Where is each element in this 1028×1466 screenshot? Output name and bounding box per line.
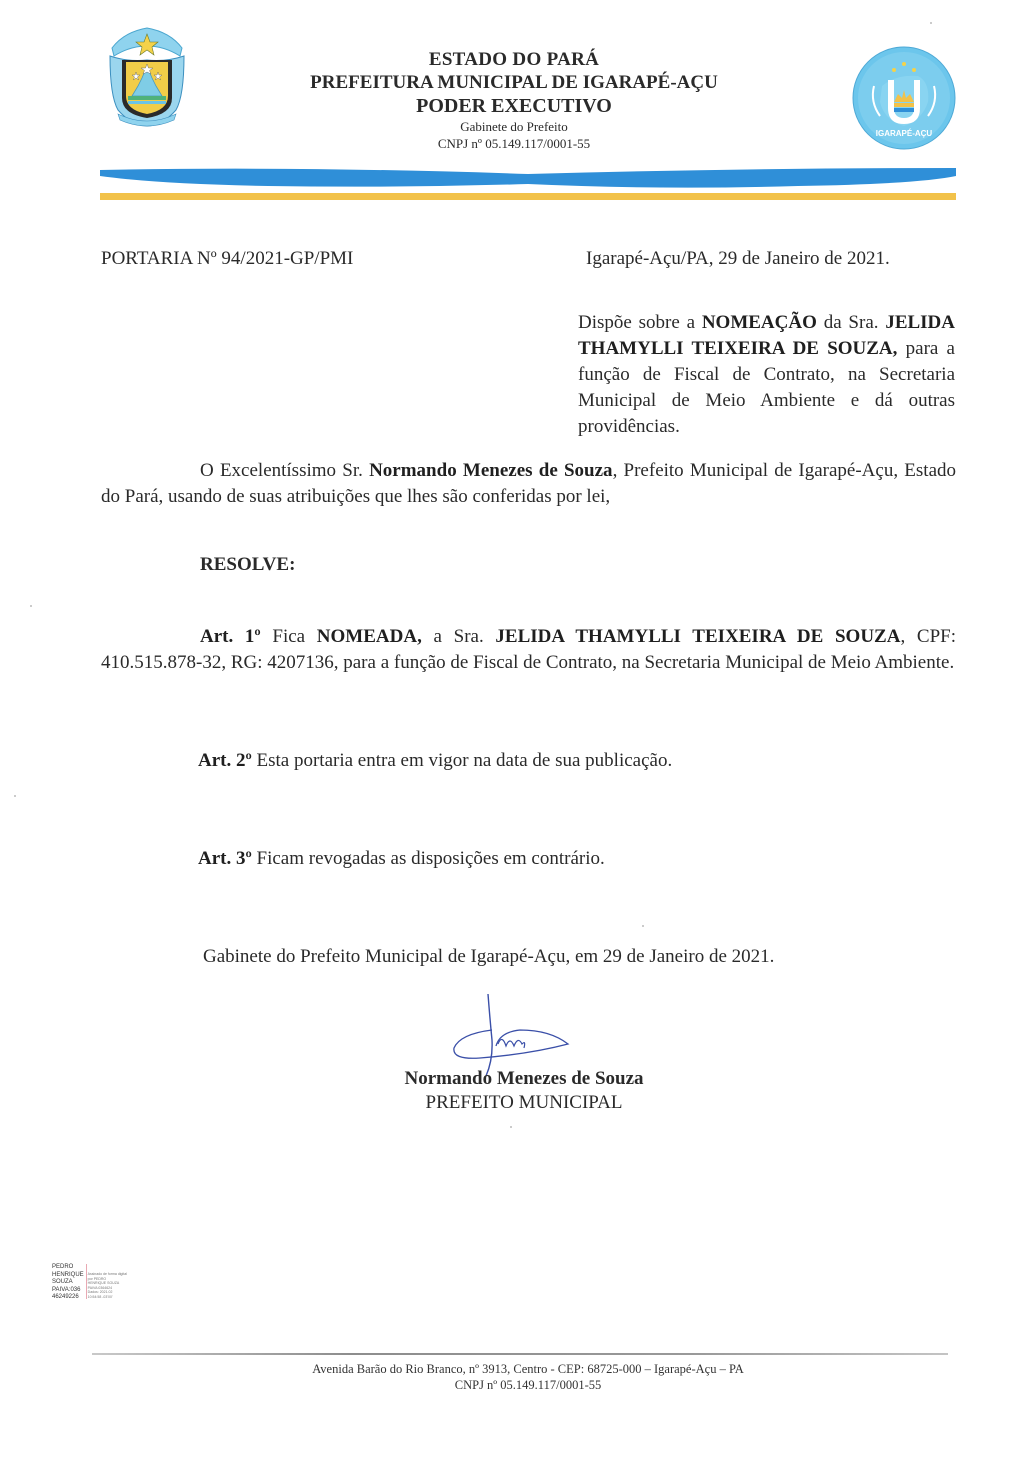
article-2: Art. 2º Esta portaria entra em vigor na … (198, 748, 672, 774)
stamp-line: HENRIQUE (52, 1272, 84, 1280)
footer-cnpj: CNPJ nº 05.149.117/0001-55 (0, 1378, 1028, 1393)
footer-cnpj-text: CNPJ nº 05.149.117/0001-55 (455, 1378, 601, 1392)
scan-speck (642, 925, 644, 927)
place-date: Igarapé-Açu/PA, 29 de Janeiro de 2021. (586, 246, 890, 272)
footer-address-text: Avenida Barão do Rio Branco, nº 3913, Ce… (312, 1362, 744, 1376)
article-text: Esta portaria entra em vigor na data de … (252, 750, 672, 771)
article-bold: NOMEADA, (317, 626, 422, 647)
stamp-note: 10:54:58 -03'00' (88, 1295, 127, 1300)
portaria-number: PORTARIA Nº 94/2021-GP/PMI (101, 246, 353, 272)
handwritten-signature (440, 990, 580, 1080)
stamp-note: Assinado de forma digital (88, 1272, 127, 1277)
ementa-bold: NOMEAÇÃO (702, 312, 817, 333)
ementa-text: da Sra. (817, 312, 885, 333)
digital-signature-stamp: PEDRO HENRIQUE SOUZA PAIVA:036 46249226 … (52, 1264, 127, 1302)
stamp-line: PAIVA:036 (52, 1287, 84, 1295)
signer-name-text: Normando Menezes de Souza (404, 1068, 643, 1089)
header-office: Gabinete do Prefeito (0, 119, 1028, 135)
stamp-notes: Assinado de forma digital por PEDRO HENR… (86, 1264, 127, 1299)
header-state: ESTADO DO PARÁ (0, 49, 1028, 71)
footer-divider (92, 1353, 948, 1355)
stamp-line: 46249226 (52, 1294, 84, 1302)
header-color-band (98, 164, 958, 204)
preamble: O Excelentíssimo Sr. Normando Menezes de… (101, 458, 956, 510)
article-1: Art. 1º Fica NOMEADA, a Sra. JELIDA THAM… (101, 624, 956, 676)
scan-speck (510, 1126, 512, 1128)
article-label: Art. 2º (198, 750, 252, 771)
signer-name: Normando Menezes de Souza (0, 1068, 1028, 1090)
article-text: a Sra. (422, 626, 496, 647)
article-label: Art. 1º (200, 626, 261, 647)
footer-address: Avenida Barão do Rio Branco, nº 3913, Ce… (0, 1362, 1028, 1377)
ementa-text: Dispõe sobre a (578, 312, 702, 333)
article-text: Fica (261, 626, 317, 647)
signer-role: PREFEITO MUNICIPAL (0, 1092, 1028, 1114)
stamp-line: PEDRO (52, 1264, 84, 1272)
article-label: Art. 3º (198, 848, 252, 869)
closing-line: Gabinete do Prefeito Municipal de Igarap… (203, 944, 774, 970)
scan-speck (930, 22, 932, 24)
nominee-name: JELIDA THAMYLLI TEIXEIRA DE SOUZA (495, 626, 900, 647)
scan-speck (14, 795, 16, 797)
resolve-heading: RESOLVE: (200, 552, 295, 578)
signer-role-text: PREFEITO MUNICIPAL (426, 1092, 623, 1113)
header-branch: PODER EXECUTIVO (0, 95, 1028, 118)
header-cnpj: CNPJ nº 05.149.117/0001-55 (0, 136, 1028, 152)
ementa: Dispõe sobre a NOMEAÇÃO da Sra. JELIDA T… (578, 310, 955, 440)
stamp-signer: PEDRO HENRIQUE SOUZA PAIVA:036 46249226 (52, 1264, 84, 1302)
stamp-line: SOUZA (52, 1279, 84, 1287)
scan-speck (30, 605, 32, 607)
article-3: Art. 3º Ficam revogadas as disposições e… (198, 846, 605, 872)
header-municipality: PREFEITURA MUNICIPAL DE IGARAPÉ-AÇU (0, 72, 1028, 94)
article-text: Ficam revogadas as disposições em contrá… (252, 848, 605, 869)
preamble-text: O Excelentíssimo Sr. (200, 460, 369, 481)
mayor-name: Normando Menezes de Souza (369, 460, 612, 481)
